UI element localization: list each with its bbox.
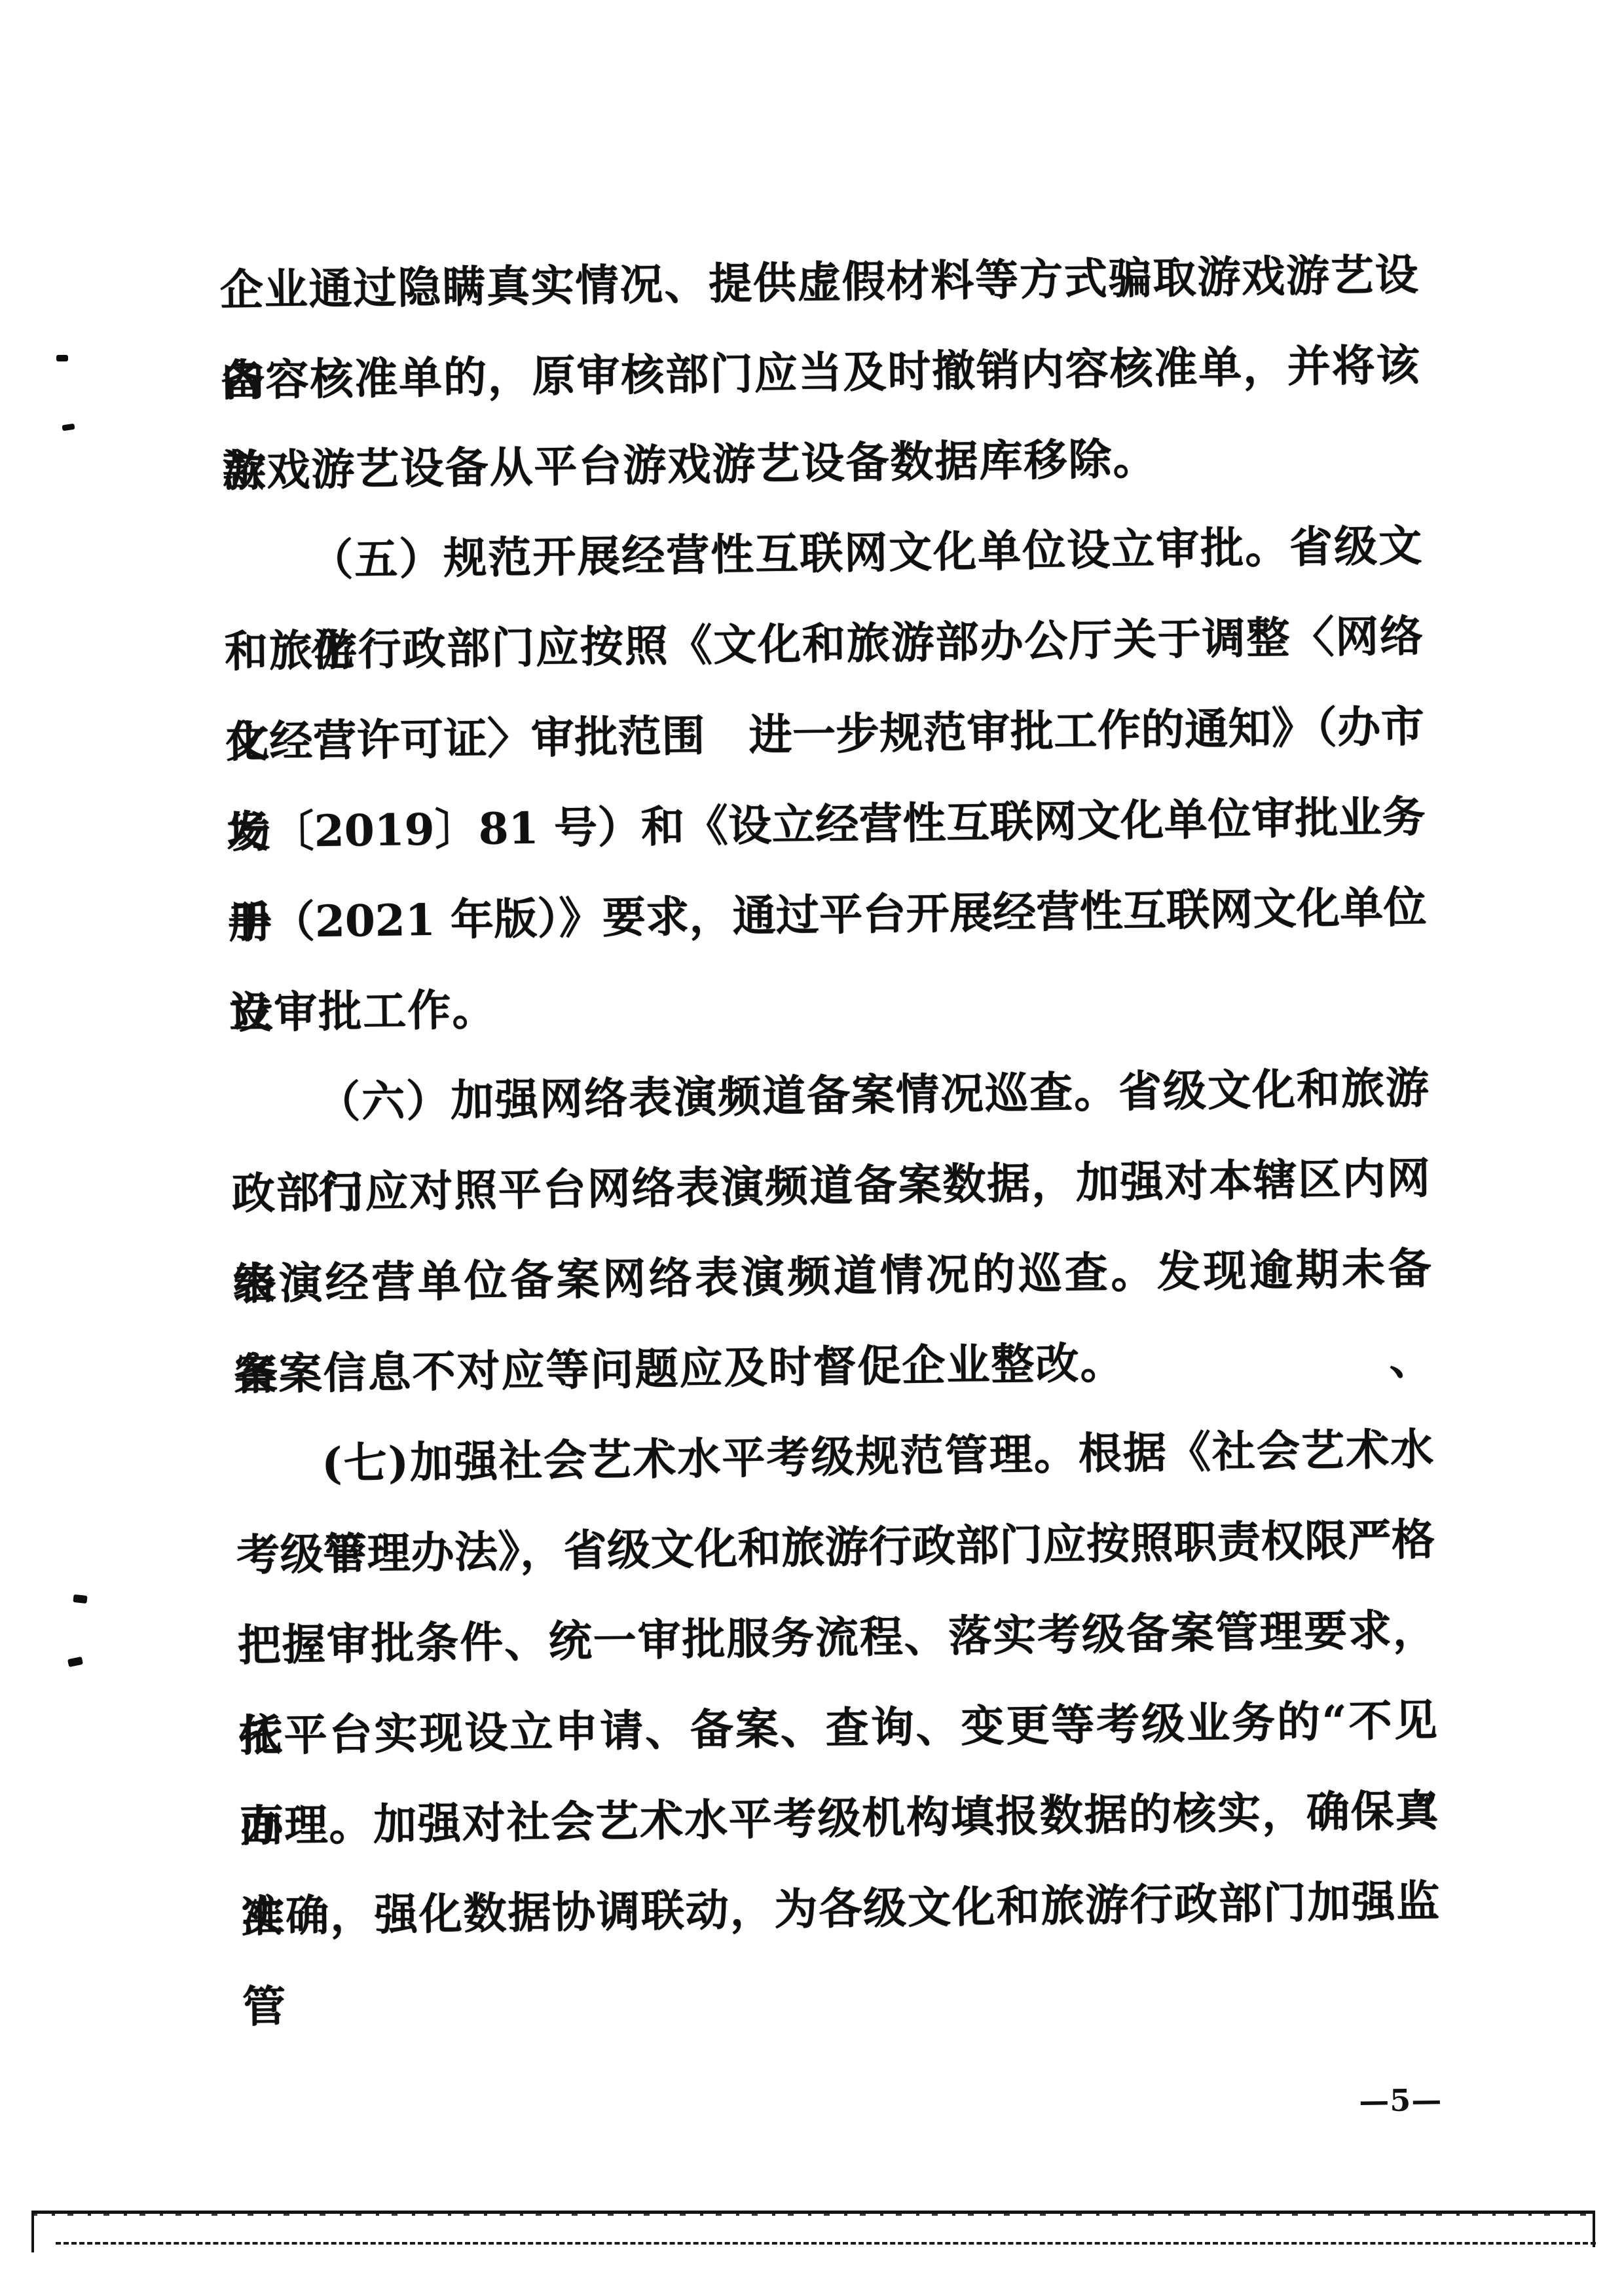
text-line: 把握审批条件、统一审批服务流程、落实考级备案管理要求，依 (237, 1585, 1437, 1691)
text-line-paragraph-6-start: （六）加强网络表演频道备案情况巡查。省级文化和旅游行 (230, 1042, 1430, 1148)
text-line: 发〔2019〕81 号）和《设立经营性互联网文化单位审批业务手 (227, 771, 1426, 877)
text-line: 化经营许可证〉审批范围 进一步规范审批工作的通知》（办市场 (225, 681, 1425, 787)
text-line: 办理。加强对社会艺术水平考级机构填报数据的核实，确保真实 (240, 1765, 1439, 1871)
scan-speck (73, 1594, 87, 1604)
document-text-block: 企业通过隐瞒真实情况、提供虚假材料等方式骗取游戏游艺设备 内容核准单的，原审核部… (219, 229, 1440, 1962)
text-line: 准确，强化数据协调联动，为各级文化和旅游行政部门加强监管 (241, 1856, 1441, 1962)
text-line: 托平台实现设立申请、备案、查询、变更等考级业务的“不见面” (238, 1675, 1438, 1781)
scan-artifact-horizontal-line (31, 2211, 1595, 2214)
text-line-paragraph-7-start: (七)加强社会艺术水平考级规范管理。根据《社会艺术水平 (234, 1404, 1434, 1510)
page-number: —5— (244, 2085, 1442, 2131)
text-line: 考级管理办法》，省级文化和旅游行政部门应按照职责权限严格 (236, 1494, 1435, 1600)
text-line: 政部门应对照平台网络表演频道备案数据，加强对本辖区内网络 (231, 1133, 1431, 1239)
scan-speck (56, 355, 68, 361)
scan-speck (62, 424, 75, 431)
text-line: 企业通过隐瞒真实情况、提供虚假材料等方式骗取游戏游艺设备 (219, 229, 1419, 335)
text-line: 立审批工作。 (229, 952, 1428, 1058)
scan-artifact-dashed-line (56, 2242, 1596, 2245)
text-line: 册（2021 年版）》要求，通过平台开展经营性互联网文化单位设 (228, 862, 1428, 968)
scanned-document-page: { "page": { "number_label": "—5—" }, "do… (0, 0, 1624, 2295)
scan-speck (67, 1657, 83, 1667)
text-line-paragraph-5-start: （五）规范开展经营性互联网文化单位设立审批。省级文化 (223, 500, 1422, 606)
scan-artifact-left-edge (31, 2211, 34, 2252)
text-line: 和旅游行政部门应按照《文化和旅游部办公厅关于调整〈网络文 (224, 591, 1424, 697)
text-line: 表演经营单位备案网络表演频道情况的巡查。发现逾期未备案、 (232, 1223, 1432, 1329)
text-line: 游戏游艺设备从平台游戏游艺设备数据库移除。 (222, 410, 1422, 516)
text-line: 内容核准单的，原审核部门应当及时撤销内容核准单，并将该款 (221, 320, 1420, 426)
